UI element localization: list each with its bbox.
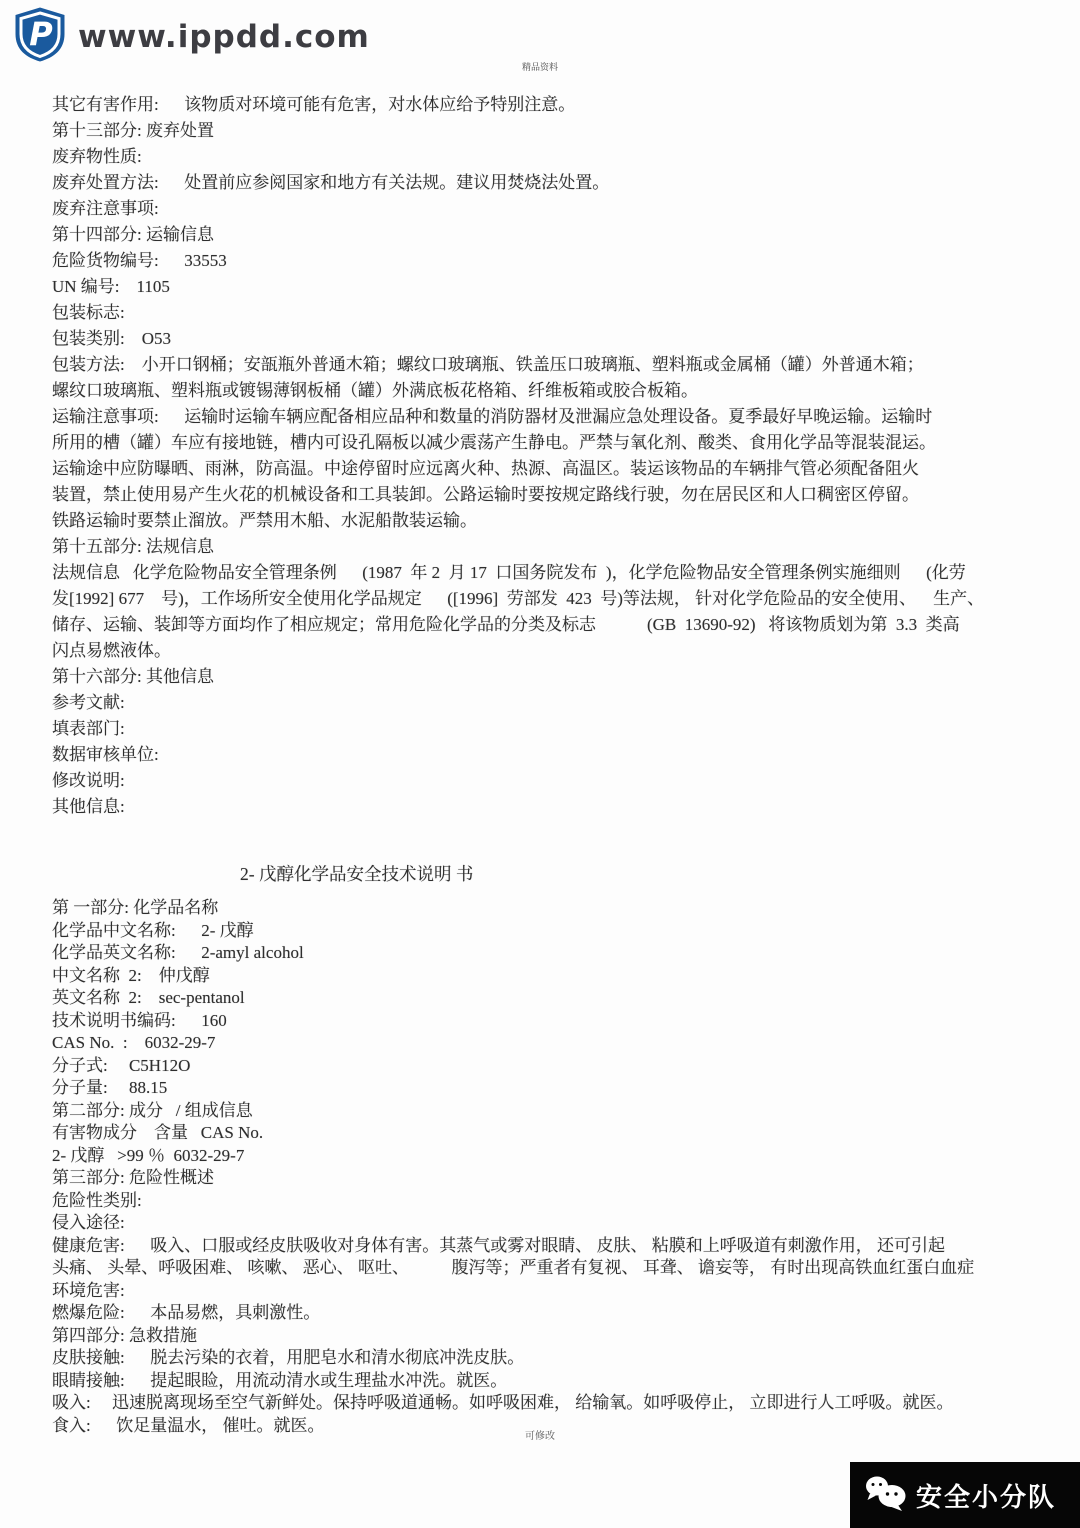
document-page: P www.ippdd.com 精品资料 其它有害作用: 该物质对环境可能有危害… [0, 0, 1080, 1528]
text-line: 法规信息 化学危险物品安全管理条例 (1987 年 2 月 17 口国务院发布 … [52, 560, 1044, 586]
text-line: 其他信息: [52, 794, 1044, 820]
svg-text:P: P [29, 15, 53, 53]
text-line: 皮肤接触: 脱去污染的衣着，用肥皂水和清水彻底冲洗皮肤。 [52, 1347, 1044, 1370]
text-line: 废弃物性质: [52, 144, 1044, 170]
text-line: 环境危害: [52, 1280, 1044, 1303]
footer-badge: 安全小分队 [850, 1462, 1080, 1528]
text-line: 2- 戊醇 >99 ％ 6032-29-7 [52, 1145, 1044, 1168]
text-line: 分子式: C5H12O [52, 1055, 1044, 1078]
text-line: 头痛、 头晕、呼吸困难、 咳嗽、 恶心、 呕吐、 腹泻等；严重者有复视、 耳聋、… [52, 1257, 1044, 1280]
msds-title: 2- 戊醇化学品安全技术说明 书 [240, 861, 473, 886]
text-line: 侵入途径: [52, 1212, 1044, 1235]
text-line: 技术说明书编码: 160 [52, 1010, 1044, 1033]
text-line: 危险性类别: [52, 1190, 1044, 1213]
text-line: 第四部分: 急救措施 [52, 1325, 1044, 1348]
text-line: 储存、运输、装卸等方面均作了相应规定；常用危险化学品的分类及标志 (GB 136… [52, 612, 1044, 638]
text-line: 健康危害: 吸入、口服或经皮肤吸收对身体有害。其蒸气或雾对眼睛、 皮肤、 粘膜和… [52, 1235, 1044, 1258]
site-url: www.ippdd.com [78, 19, 370, 55]
badge-label: 安全小分队 [916, 1477, 1056, 1514]
text-line: 第十三部分: 废弃处置 [52, 118, 1044, 144]
text-line: 包装标志: [52, 300, 1044, 326]
text-line: 第十六部分: 其他信息 [52, 664, 1044, 690]
text-line: 修改说明: [52, 768, 1044, 794]
text-line: 数据审核单位: [52, 742, 1044, 768]
text-line: 第十五部分: 法规信息 [52, 534, 1044, 560]
text-line: 装置，禁止使用易产生火花的机械设备和工具装卸。公路运输时要按规定路线行驶，勿在居… [52, 482, 1044, 508]
text-line: 第十四部分: 运输信息 [52, 222, 1044, 248]
text-line: 第二部分: 成分 / 组成信息 [52, 1100, 1044, 1123]
text-line: 所用的槽（罐）车应有接地链，槽内可设孔隔板以减少震荡产生静电。严禁与氧化剂、酸类… [52, 430, 1044, 456]
text-line: 填表部门: [52, 716, 1044, 742]
shield-p-logo-icon: P [12, 6, 68, 67]
text-line: 吸入: 迅速脱离现场至空气新鲜处。保持呼吸道通畅。如呼吸困难， 给输氧。如呼吸停… [52, 1392, 1044, 1415]
text-line: 燃爆危险: 本品易燃，具刺激性。 [52, 1302, 1044, 1325]
text-line: 其它有害作用: 该物质对环境可能有危害，对水体应给予特别注意。 [52, 92, 1044, 118]
site-logo: P www.ippdd.com [12, 6, 370, 67]
text-line: 闪点易燃液体。 [52, 638, 1044, 664]
text-line: 化学品中文名称: 2- 戊醇 [52, 920, 1044, 943]
text-line: 分子量: 88.15 [52, 1077, 1044, 1100]
text-line: 危险货物编号: 33553 [52, 248, 1044, 274]
text-line: 螺纹口玻璃瓶、塑料瓶或镀锡薄钢板桶（罐）外满底板花格箱、纤维板箱或胶合板箱。 [52, 378, 1044, 404]
text-line: 包装方法: 小开口钢桶；安瓿瓶外普通木箱；螺纹口玻璃瓶、铁盖压口玻璃瓶、塑料瓶或… [52, 352, 1044, 378]
text-line: 运输途中应防曝晒、雨淋，防高温。中途停留时应远离火种、热源、高温区。装运该物品的… [52, 456, 1044, 482]
text-line: 眼睛接触: 提起眼睑，用流动清水或生理盐水冲洗。就医。 [52, 1370, 1044, 1393]
msds-sections-13-16: 其它有害作用: 该物质对环境可能有危害，对水体应给予特别注意。第十三部分: 废弃… [52, 92, 1044, 820]
text-line: 参考文献: [52, 690, 1044, 716]
text-line: 有害物成分 含量 CAS No. [52, 1122, 1044, 1145]
text-line: 铁路运输时要禁止溜放。严禁用木船、水泥船散装运输。 [52, 508, 1044, 534]
wechat-icon [864, 1474, 908, 1517]
text-line: CAS No. : 6032-29-7 [52, 1032, 1044, 1055]
text-line: 包装类别: O53 [52, 326, 1044, 352]
msds-sections-1-4: 第 一部分: 化学品名称化学品中文名称: 2- 戊醇化学品英文名称: 2-amy… [52, 897, 1044, 1437]
text-line: 废弃注意事项: [52, 196, 1044, 222]
text-line: 运输注意事项: 运输时运输车辆应配备相应品种和数量的消防器材及泄漏应急处理设备。… [52, 404, 1044, 430]
watermark-bottom: 可修改 [0, 1427, 1080, 1442]
text-line: 发[1992] 677 号)，工作场所安全使用化学品规定 ([1996] 劳部发… [52, 586, 1044, 612]
text-line: 化学品英文名称: 2-amyl alcohol [52, 942, 1044, 965]
text-line: 废弃处置方法: 处置前应参阅国家和地方有关法规。建议用焚烧法处置。 [52, 170, 1044, 196]
text-line: 第三部分: 危险性概述 [52, 1167, 1044, 1190]
text-line: 第 一部分: 化学品名称 [52, 897, 1044, 920]
text-line: 英文名称 2: sec-pentanol [52, 987, 1044, 1010]
text-line: UN 编号: 1105 [52, 274, 1044, 300]
watermark-top: 精品资料 [0, 60, 1080, 73]
text-line: 中文名称 2: 仲戊醇 [52, 965, 1044, 988]
